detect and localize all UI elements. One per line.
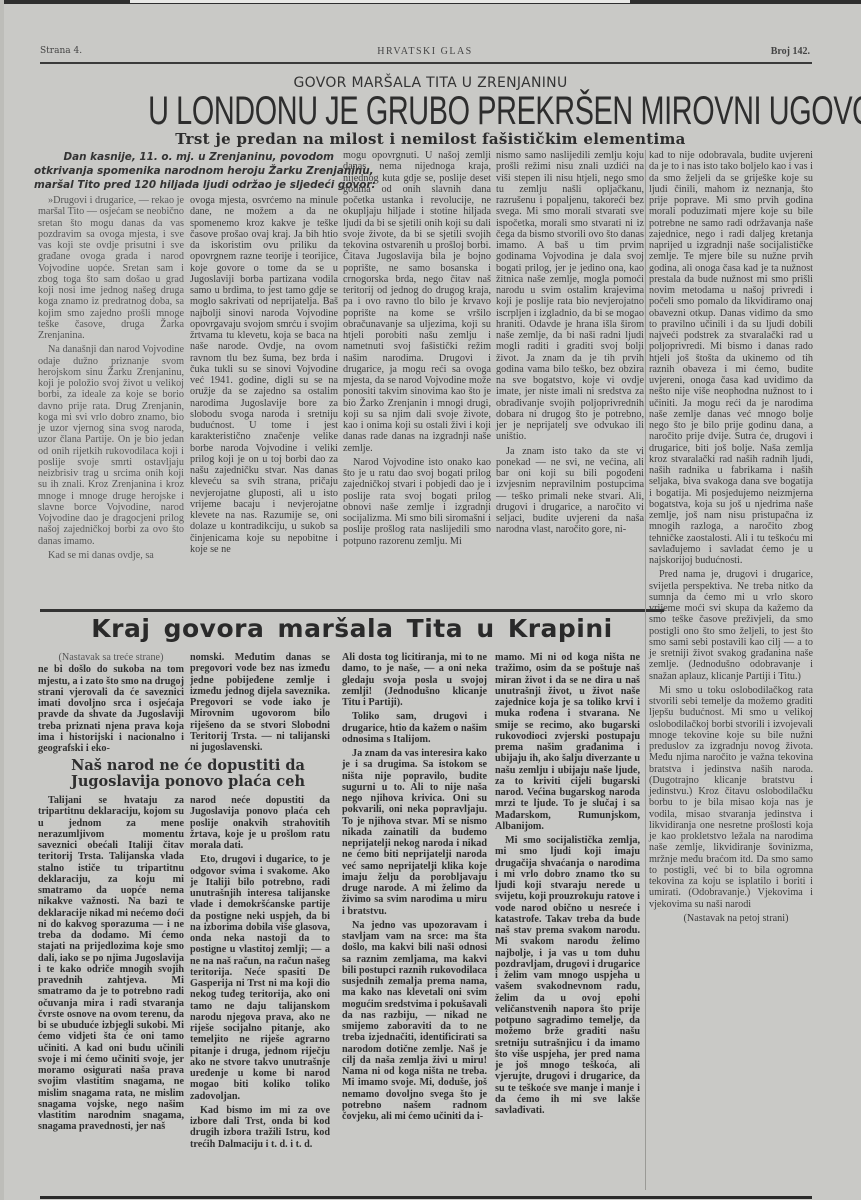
paragraph: »Drugovi i drugarice, — rekao je maršal …: [38, 195, 184, 341]
continued-from-note: (Nastavak sa treće strane): [38, 652, 184, 663]
paragraph: mogu opovrgnuti. U našoj zemlji danas ne…: [343, 150, 491, 454]
paragraph: Mi smo socijalistička zemlja, mi smo lju…: [495, 835, 640, 1116]
paragraph: narod neće dopustiti da Jugoslavija pono…: [190, 795, 330, 851]
paragraph: Kad bismo im mi za ove izbore dali Trst,…: [190, 1105, 330, 1150]
paragraph: Talijani se hvataju za tripartitnu dekla…: [38, 795, 184, 1133]
paragraph: Pred nama je, drugovi i drugarice, svije…: [649, 569, 813, 682]
paragraph: Ja znam isto tako da ste vi ponekad — ne…: [496, 446, 644, 536]
paragraph: Ja znam da vas interesira kako je i sa d…: [342, 748, 487, 917]
continued-note: (Nastavak na petoj strani): [649, 913, 813, 924]
paragraph: nismo samo naslijedili zemlju koju prošl…: [496, 150, 644, 443]
paragraph: nomski. Međutim danas se pregovori vode …: [190, 652, 330, 753]
article1-column-4: nismo samo naslijedili zemlju koju prošl…: [496, 150, 644, 536]
article2-column-1-top: (Nastavak sa treće strane) ne bi došlo d…: [38, 652, 184, 754]
paragraph: Na današnji dan narod Vojvodine odaje du…: [38, 344, 184, 547]
article1-headline: U LONDONU JE GRUBO PREKRŠEN MIROVNI UGOV…: [148, 89, 704, 133]
article1-column-3: mogu opovrgnuti. U našoj zemlji danas ne…: [343, 150, 491, 547]
running-head: Strana 4. HRVATSKI GLAS Broj 142.: [40, 46, 810, 62]
paragraph: ne bi došlo do sukoba na tom mjestu, a i…: [38, 664, 184, 754]
section-rule: [40, 609, 664, 612]
lede-line: Dan kasnije, 11. o. mj. u Zrenjaninu, po…: [34, 150, 334, 164]
article1-column-2: ovoga mjesta, osvrćemo na minule dane, n…: [190, 195, 338, 555]
subhead-line: Naš narod ne će dopustiti da: [38, 758, 338, 774]
paragraph: ovoga mjesta, osvrćemo na minule dane, n…: [190, 195, 338, 555]
column-divider: [645, 150, 646, 1190]
paragraph: Ali dosta tog licitiranja, mi to ne damo…: [342, 652, 487, 708]
paragraph: kad to nije odobravala, budite uvjereni …: [649, 150, 813, 566]
article2-column-2-top: nomski. Međutim danas se pregovori vode …: [190, 652, 330, 753]
article2-column-2-bottom: narod neće dopustiti da Jugoslavija pono…: [190, 795, 330, 1150]
masthead: HRVATSKI GLAS: [40, 46, 810, 57]
paragraph: Mi smo u toku oslobodilačkog rata stvori…: [649, 685, 813, 910]
lede-line: otkrivanja spomenika narodnom heroju Žar…: [34, 164, 334, 178]
subhead-line: Jugoslavija ponovo plaća ceh: [38, 774, 338, 790]
paragraph: Eto, drugovi i dugarice, to je odgovor s…: [190, 854, 330, 1102]
article2-subhead: Naš narod ne će dopustiti da Jugoslavija…: [38, 758, 338, 790]
article2-column-3: Ali dosta tog licitiranja, mi to ne damo…: [342, 652, 487, 1122]
issue-number: Broj 142.: [771, 46, 810, 57]
article2-headline: Kraj govora maršala Tita u Krapini: [40, 614, 664, 643]
lede-line: maršal Tito pred 120 hiljada ljudi održa…: [34, 178, 334, 192]
article1-subhead: Trst je predan na milost i nemilost faši…: [0, 130, 861, 148]
article2-column-1-bottom: Talijani se hvataju za tripartitnu dekla…: [38, 795, 184, 1133]
paragraph: Narod Vojvodine isto onako kao što je u …: [343, 457, 491, 547]
paragraph: Na jedno vas upozoravam i stavljam vam n…: [342, 920, 487, 1123]
bottom-rule: [40, 1196, 812, 1199]
article2-column-4: mamo. Mi ni od koga ništa ne tražimo, os…: [495, 652, 640, 1116]
article1-column-1: »Drugovi i drugarice, — rekao je maršal …: [38, 195, 184, 561]
paragraph: Kad se mi danas ovdje, sa: [38, 550, 184, 561]
scan-left-edge: [0, 0, 4, 1200]
article1-column-5: kad to nije odobravala, budite uvjereni …: [649, 150, 813, 924]
paragraph: Toliko sam, drugovi i drugarice, htio da…: [342, 711, 487, 745]
header-rule: [40, 62, 812, 64]
paragraph: mamo. Mi ni od koga ništa ne tražimo, os…: [495, 652, 640, 832]
article1-lede: Dan kasnije, 11. o. mj. u Zrenjaninu, po…: [34, 150, 334, 192]
